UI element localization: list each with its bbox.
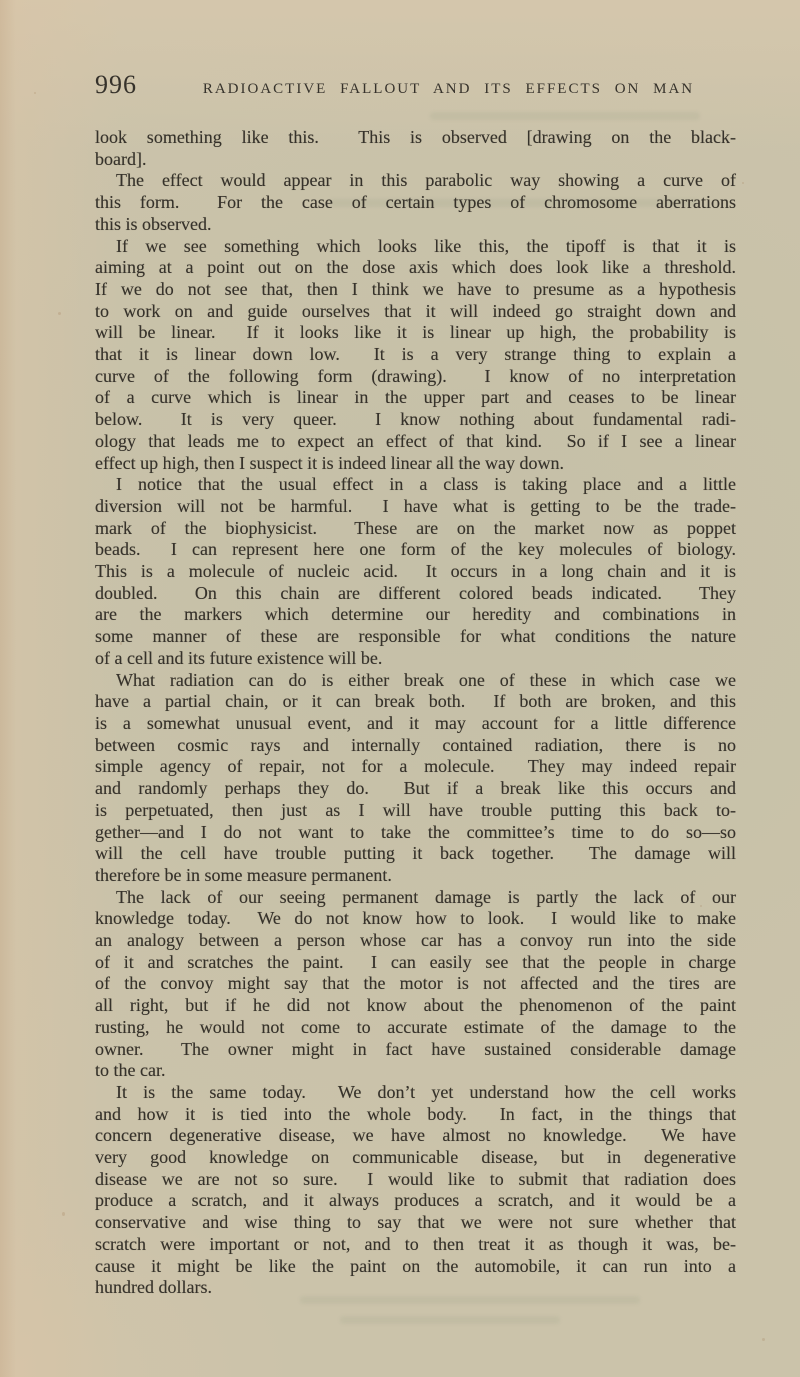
text-line: owner. The owner might in fact have sust… <box>95 1039 736 1061</box>
text-line: of a cell and its future existence will … <box>95 648 736 670</box>
text-line: doubled. On this chain are different col… <box>95 583 736 605</box>
text-line: board]. <box>95 149 736 171</box>
text-line: between cosmic rays and internally conta… <box>95 735 736 757</box>
text-line: aiming at a point out on the dose axis w… <box>95 257 736 279</box>
text-line: some manner of these are responsible for… <box>95 626 736 648</box>
text-line: scratch were important or not, and to th… <box>95 1234 736 1256</box>
scanned-book-page: { "page": { "number": "996", "running_he… <box>0 0 800 1377</box>
text-line: diversion will not be harmful. I have wh… <box>95 496 736 518</box>
text-line: this form. For the case of certain types… <box>95 192 736 214</box>
text-line: hundred dollars. <box>95 1277 736 1299</box>
text-line: an analogy between a person whose car ha… <box>95 930 736 952</box>
text-line: therefore be in some measure permanent. <box>95 865 736 887</box>
text-line: effect up high, then I suspect it is ind… <box>95 453 736 475</box>
paper-speckle <box>34 92 36 94</box>
text-line: and randomly perhaps they do. But if a b… <box>95 778 736 800</box>
page-number: 996 <box>95 70 137 100</box>
text-line: of it and scratches the paint. I can eas… <box>95 952 736 974</box>
text-line: concern degenerative disease, we have al… <box>95 1125 736 1147</box>
page-content: 996 RADIOACTIVE FALLOUT AND ITS EFFECTS … <box>95 70 736 1299</box>
text-line: are the markers which determine our here… <box>95 604 736 626</box>
text-line: this is observed. <box>95 214 736 236</box>
text-line: will the cell have trouble putting it ba… <box>95 843 736 865</box>
running-header: RADIOACTIVE FALLOUT AND ITS EFFECTS ON M… <box>149 81 748 98</box>
text-line: and how it is tied into the whole body. … <box>95 1104 736 1126</box>
text-line: conservative and wise thing to say that … <box>95 1212 736 1234</box>
text-line: If we see something which looks like thi… <box>95 236 736 258</box>
showthrough-artifact <box>340 1316 560 1324</box>
paper-speckle <box>742 182 744 184</box>
text-line: This is a molecule of nucleic acid. It o… <box>95 561 736 583</box>
paper-speckle <box>58 312 61 315</box>
text-line: of the convoy might say that the motor i… <box>95 973 736 995</box>
text-line: cause it might be like the paint on the … <box>95 1256 736 1278</box>
text-line: simple agency of repair, not for a molec… <box>95 756 736 778</box>
text-line: all right, but if he did not know about … <box>95 995 736 1017</box>
paragraph: If we see something which looks like thi… <box>95 236 736 475</box>
paper-speckle <box>62 1212 65 1216</box>
text-line: The lack of our seeing permanent damage … <box>95 887 736 909</box>
text-line: look something like this. This is observ… <box>95 127 736 149</box>
paragraph: The effect would appear in this paraboli… <box>95 170 736 235</box>
text-line: very good knowledge on communicable dise… <box>95 1147 736 1169</box>
text-line: mark of the biophysicist. These are on t… <box>95 518 736 540</box>
text-line: is a somewhat unusual event, and it may … <box>95 713 736 735</box>
text-line: I notice that the usual effect in a clas… <box>95 474 736 496</box>
paragraph: I notice that the usual effect in a clas… <box>95 474 736 669</box>
text-line: gether—and I do not want to take the com… <box>95 822 736 844</box>
paper-speckle <box>762 1338 765 1341</box>
text-line: to the car. <box>95 1060 736 1082</box>
text-line: produce a scratch, and it always produce… <box>95 1190 736 1212</box>
text-line: below. It is very queer. I know nothing … <box>95 409 736 431</box>
text-line: is perpetuated, then just as I will have… <box>95 800 736 822</box>
text-line: disease we are not so sure. I would like… <box>95 1169 736 1191</box>
paragraph: look something like this. This is observ… <box>95 127 736 170</box>
page-header: 996 RADIOACTIVE FALLOUT AND ITS EFFECTS … <box>95 70 736 100</box>
text-line: to work on and guide ourselves that it w… <box>95 301 736 323</box>
text-line: have a partial chain, or it can break bo… <box>95 691 736 713</box>
text-line: of a curve which is linear in the upper … <box>95 387 736 409</box>
text-line: beads. I can represent here one form of … <box>95 539 736 561</box>
text-line: If we do not see that, then I think we h… <box>95 279 736 301</box>
text-line: knowledge today. We do not know how to l… <box>95 908 736 930</box>
paragraph: The lack of our seeing permanent damage … <box>95 887 736 1082</box>
text-line: rusting, he would not come to accurate e… <box>95 1017 736 1039</box>
text-line: What radiation can do is either break on… <box>95 670 736 692</box>
text-line: will be linear. If it looks like it is l… <box>95 322 736 344</box>
paragraph: It is the same today. We don’t yet under… <box>95 1082 736 1299</box>
text-line: curve of the following form (drawing). I… <box>95 366 736 388</box>
text-line: It is the same today. We don’t yet under… <box>95 1082 736 1104</box>
page-body: look something like this. This is observ… <box>95 127 736 1299</box>
paragraph: What radiation can do is either break on… <box>95 670 736 887</box>
text-line: The effect would appear in this paraboli… <box>95 170 736 192</box>
text-line: that it is linear down low. It is a very… <box>95 344 736 366</box>
text-line: ology that leads me to expect an effect … <box>95 431 736 453</box>
